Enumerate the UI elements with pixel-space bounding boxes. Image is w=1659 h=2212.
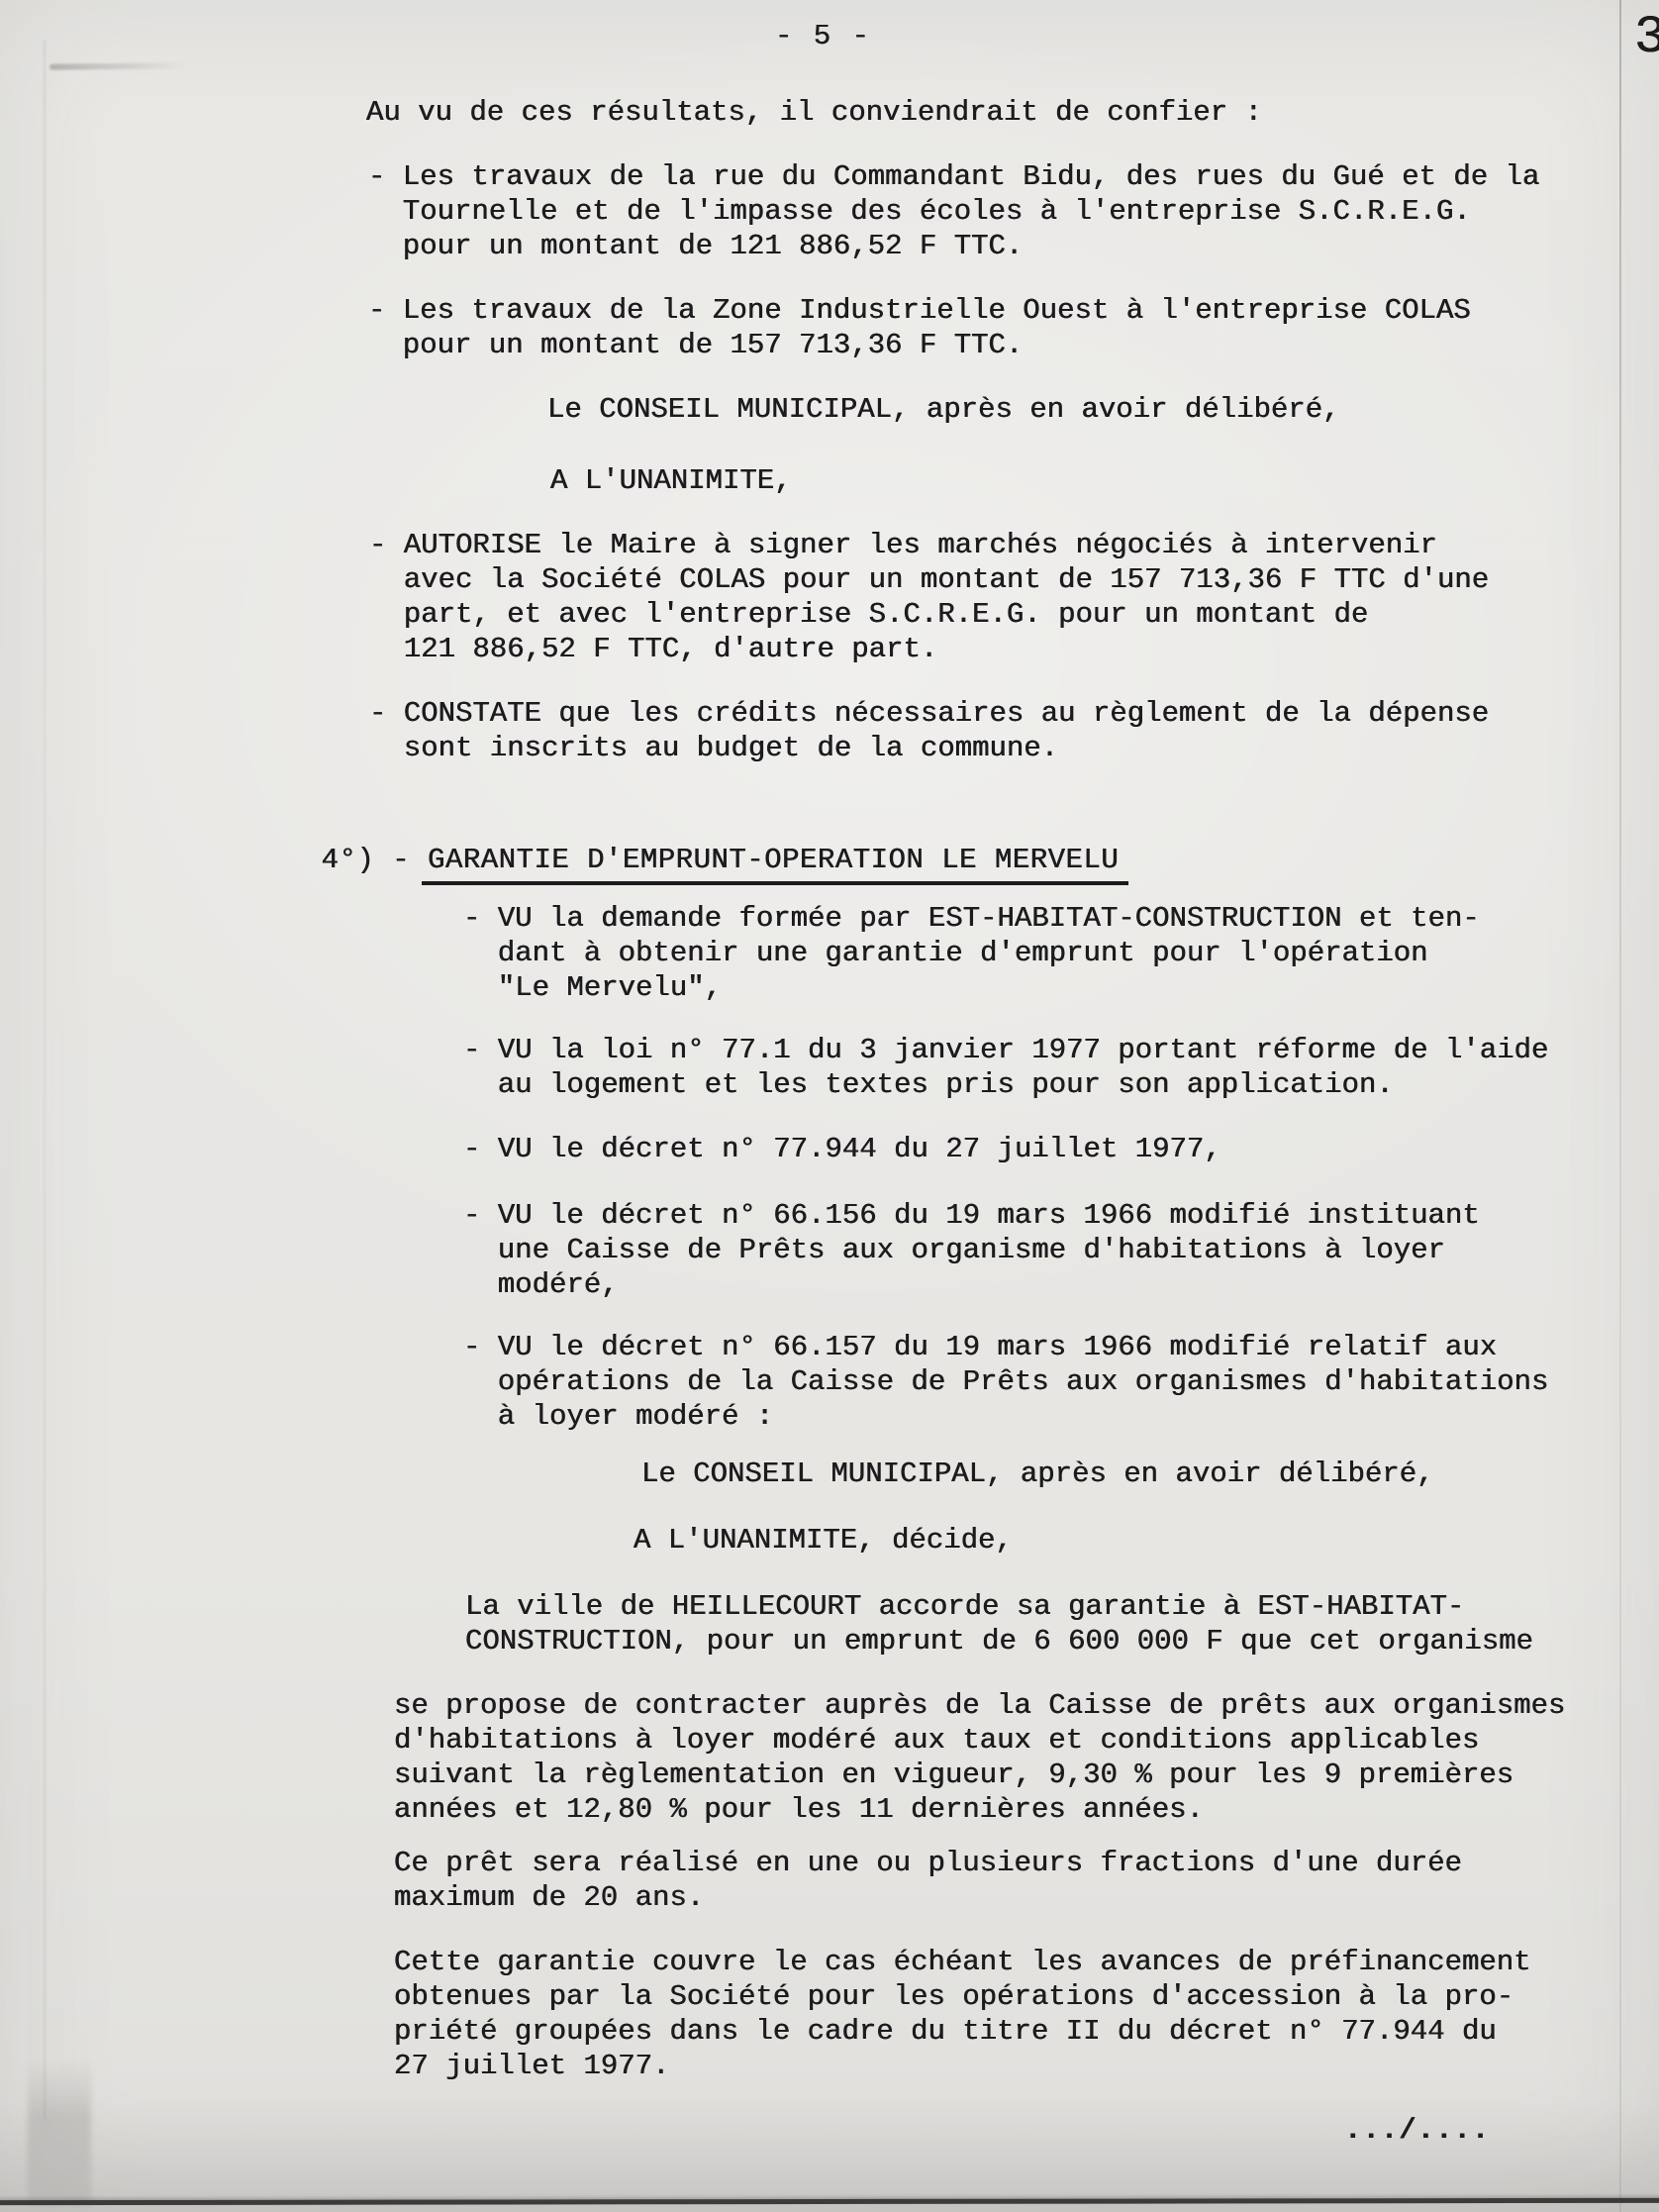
garantie-paragraph: La ville de HEILLECOURT accorde sa garan…	[465, 1589, 1533, 1659]
section-title: GARANTIE D'EMPRUNT-OPERATION LE MERVELU	[422, 843, 1128, 885]
autorise-clause: - AUTORISE le Maire à signer les marchés…	[369, 528, 1489, 666]
vu-decret-66156-item: - VU le décret n° 66.156 du 19 mars 1966…	[463, 1198, 1480, 1302]
prefinancement-paragraph: Cette garantie couvre le cas échéant les…	[394, 1945, 1531, 2083]
duree-paragraph: Ce prêt sera réalisé en une ou plusieurs…	[394, 1846, 1462, 1915]
constate-clause: - CONSTATE que les crédits nécessaires a…	[369, 696, 1489, 765]
corner-page-number: 3	[1634, 12, 1659, 65]
vu-loi-771-item: - VU la loi n° 77.1 du 3 janvier 1977 po…	[463, 1033, 1548, 1102]
scan-crease-left	[44, 40, 46, 2119]
vu-decret-77944-item: - VU le décret n° 77.944 du 27 juillet 1…	[463, 1132, 1221, 1166]
council-deliberation-formula-2: Le CONSEIL MUNICIPAL, après en avoir dél…	[641, 1457, 1434, 1491]
vu-decret-66157-item: - VU le décret n° 66.157 du 19 mars 1966…	[463, 1330, 1548, 1434]
continuation-mark: .../....	[1344, 2113, 1490, 2148]
page-number: - 5 -	[775, 19, 871, 53]
council-deliberation-formula-1: Le CONSEIL MUNICIPAL, après en avoir dél…	[547, 392, 1340, 427]
scan-bottom-edge-line	[0, 2198, 1659, 2205]
vu-demande-item: - VU la demande formée par EST-HABITAT-C…	[463, 901, 1480, 1005]
scan-smudge-bottom-left	[28, 2060, 91, 2206]
work-item-colas: - Les travaux de la Zone Industrielle Ou…	[368, 293, 1471, 362]
scan-page-edge-line	[1619, 0, 1621, 2212]
scanned-document-page: - 5 - 3 Au vu de ces résultats, il convi…	[0, 0, 1659, 2212]
conditions-paragraph: se propose de contracter auprès de la Ca…	[394, 1688, 1565, 1827]
scan-smudge-top-left	[49, 62, 188, 69]
unanimity-formula-2: A L'UNANIMITE, décide,	[634, 1523, 1013, 1558]
unanimity-formula-1: A L'UNANIMITE,	[550, 463, 792, 498]
section-number: 4°) -	[322, 844, 428, 876]
intro-paragraph: Au vu de ces résultats, il conviendrait …	[366, 95, 1262, 130]
work-item-screg: - Les travaux de la rue du Commandant Bi…	[368, 159, 1539, 263]
